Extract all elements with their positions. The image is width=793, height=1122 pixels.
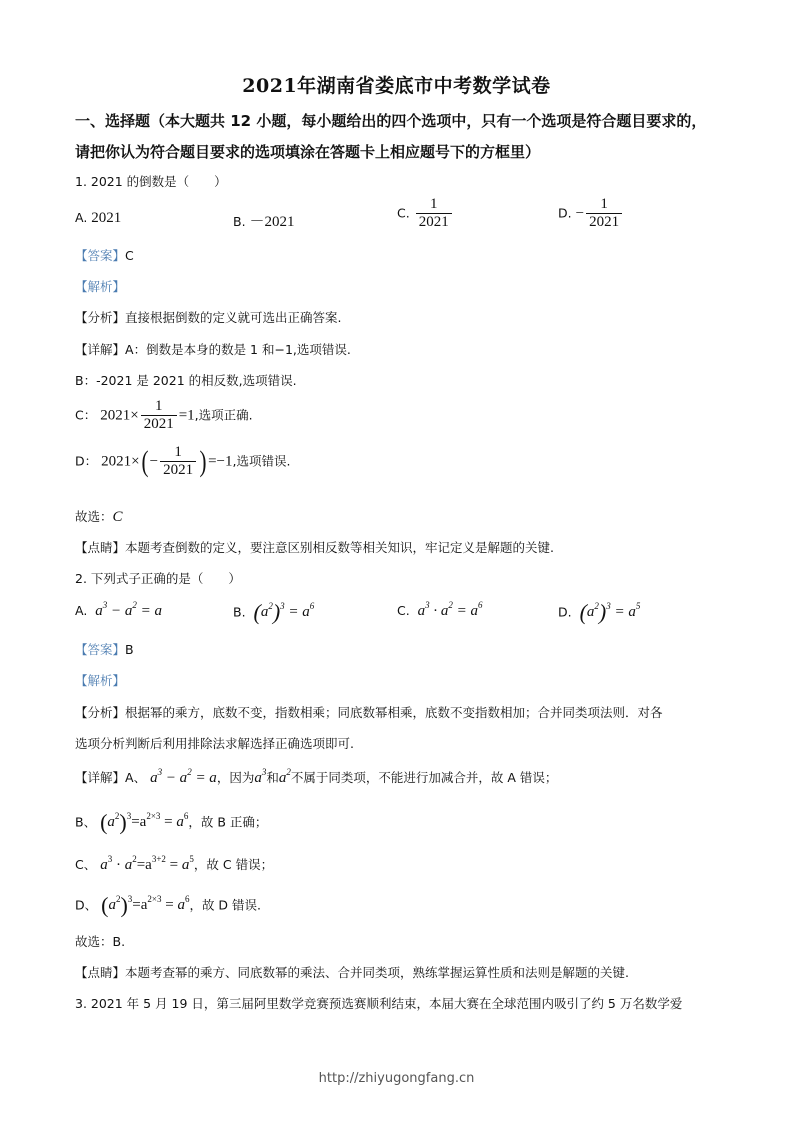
option-expr: a3 − a2 = a xyxy=(95,603,162,619)
answer-label: 【答案】 xyxy=(75,642,125,657)
answer-value: C xyxy=(125,248,134,263)
q1-detail-d: D： 2021×(− 1 2021 )=−1,选项错误. xyxy=(75,444,290,480)
choose-value: C xyxy=(113,509,123,525)
math-lhs: 2021× xyxy=(101,453,139,469)
right-paren: ) xyxy=(200,445,207,479)
option-label: D. xyxy=(558,604,572,619)
xiangjie-label: 【详解】 xyxy=(75,342,125,357)
q1-choose: 故选：C xyxy=(75,507,123,526)
minus-sign: − xyxy=(150,453,158,469)
q2-detail-d: D、 (a2)3=a2×3 = a6，故 D 错误. xyxy=(75,893,261,919)
dianjing-label: 【点睛】 xyxy=(75,965,125,980)
q1-analysis-label: 【解析】 xyxy=(75,277,125,295)
detail-prefix: C、 xyxy=(75,857,96,872)
option-label: C. xyxy=(397,603,410,618)
answer-label: 【答案】 xyxy=(75,248,125,263)
fraction: 1 2021 xyxy=(141,398,177,434)
fenxi-label: 【分析】 xyxy=(75,310,125,325)
q1-dianjing: 【点睛】本题考查倒数的定义，要注意区别相反数等相关知识，牢记定义是解题的关键. xyxy=(75,538,554,556)
xiangjie-label: 【详解】 xyxy=(75,770,125,785)
q2-dianjing: 【点睛】本题考查幂的乘方、同底数幂的乘法、合并同类项，熟练掌握运算性质和法则是解… xyxy=(75,963,629,981)
fenxi-text: 直接根据倒数的定义就可选出正确答案. xyxy=(125,310,341,325)
denominator: 2021 xyxy=(586,213,622,231)
fenxi-text: 根据幂的乘方，底数不变，指数相乘；同底数幂相乘，底数不变指数相加；合并同类项法则… xyxy=(125,705,663,720)
detail-prefix: D、 xyxy=(75,897,97,912)
q1-answer: 【答案】C xyxy=(75,246,134,264)
detail-prefix: D： xyxy=(75,453,97,468)
q2-choose: 故选：B. xyxy=(75,932,125,950)
q2-option-c: C. a3 · a2 = a6 xyxy=(397,603,483,620)
q1-detail-a: 【详解】A：倒数是本身的数是 1 和−1,选项错误. xyxy=(75,340,351,358)
numerator: 1 xyxy=(152,398,166,415)
detail-prefix: A、 xyxy=(125,770,146,785)
option-label: D. xyxy=(558,205,572,220)
detail-suffix: 不属于同类项，不能进行加减合并，故 A 错误； xyxy=(291,770,558,785)
detail-suffix: ,选项正确. xyxy=(195,407,253,422)
denominator: 2021 xyxy=(160,461,196,479)
numerator: 1 xyxy=(597,196,611,213)
section-heading-line2: 请把你认为符合题目要求的选项填涂在答题卡上相应题号下的方框里） xyxy=(75,141,540,162)
answer-value: B xyxy=(125,642,134,657)
page-title: 2021年湖南省娄底市中考数学试卷 xyxy=(0,71,793,98)
denominator: 2021 xyxy=(416,213,452,231)
q2-answer: 【答案】B xyxy=(75,640,134,658)
detail-text: A：倒数是本身的数是 1 和−1,选项错误. xyxy=(125,342,351,357)
fraction: 1 2021 xyxy=(586,196,622,232)
fraction: 1 2021 xyxy=(160,444,196,480)
math-expr: (a2)3=a2×3 = a6 xyxy=(101,897,189,913)
q2-option-b: B. (a2)3 = a6 xyxy=(233,600,314,626)
footer-url[interactable]: http://zhiyugongfang.cn xyxy=(0,1071,793,1086)
q2-detail-a: 【详解】A、 a3 − a2 = a，因为a3和a2不属于同类项，不能进行加减合… xyxy=(75,768,557,787)
option-value: －2021 xyxy=(250,214,295,230)
option-expr: a3 · a2 = a6 xyxy=(418,603,483,619)
numerator: 1 xyxy=(171,444,185,461)
q2-detail-b: B、 (a2)3=a2×3 = a6，故 B 正确； xyxy=(75,810,267,836)
q1-option-d: D. − 1 2021 xyxy=(558,196,624,232)
q1-option-b: B. －2021 xyxy=(233,210,295,231)
math-expr: (a2)3=a2×3 = a6 xyxy=(100,814,188,830)
numerator: 1 xyxy=(427,196,441,213)
q2-analysis-label: 【解析】 xyxy=(75,671,125,689)
q2-option-a: A. a3 − a2 = a xyxy=(75,603,162,620)
fenxi-label: 【分析】 xyxy=(75,705,125,720)
left-paren: ( xyxy=(141,445,148,479)
q2-stem: 2. 下列式子正确的是（ ） xyxy=(75,569,241,587)
dianjing-text: 本题考查幂的乘方、同底数幂的乘法、合并同类项，熟练掌握运算性质和法则是解题的关键… xyxy=(125,965,629,980)
q2-fenxi-line1: 【分析】根据幂的乘方，底数不变，指数相乘；同底数幂相乘，底数不变指数相加；合并同… xyxy=(75,703,663,721)
option-label: B. xyxy=(233,604,246,619)
detail-suffix: ，故 C 错误； xyxy=(194,857,273,872)
fraction: 1 2021 xyxy=(416,196,452,232)
detail-and: 和 xyxy=(266,770,279,785)
denominator: 2021 xyxy=(141,415,177,433)
q2-fenxi-line2: 选项分析判断后利用排除法求解选择正确选项即可. xyxy=(75,734,354,752)
option-expr: (a2)3 = a5 xyxy=(580,604,641,620)
q3-stem: 3. 2021 年 5 月 19 日，第三届阿里数学竞赛预选赛顺利结束，本届大赛… xyxy=(75,994,682,1012)
q2-detail-c: C、 a3 · a2=a3+2 = a5，故 C 错误； xyxy=(75,855,273,874)
option-value: 2021 xyxy=(91,210,121,226)
math-term: a3 xyxy=(254,770,266,786)
detail-suffix: ，故 D 错误. xyxy=(189,897,261,912)
section-heading-line1: 一、选择题（本大题共 12 小题，每小题给出的四个选项中，只有一个选项是符合题目… xyxy=(75,110,706,131)
detail-suffix: ,选项错误. xyxy=(232,453,290,468)
q1-detail-c: C： 2021× 1 2021 =1,选项正确. xyxy=(75,398,253,434)
minus-sign: − xyxy=(576,205,584,221)
q1-stem: 1. 2021 的倒数是（ ） xyxy=(75,172,227,190)
dianjing-text: 本题考查倒数的定义，要注意区别相反数等相关知识，牢记定义是解题的关键. xyxy=(125,540,554,555)
detail-prefix: B、 xyxy=(75,814,96,829)
option-label: A. xyxy=(75,210,87,225)
q1-detail-b: B：-2021 是 2021 的相反数,选项错误. xyxy=(75,371,297,389)
math-lhs: 2021× xyxy=(100,407,138,423)
q1-option-c: C. 1 2021 xyxy=(397,196,454,232)
dianjing-label: 【点睛】 xyxy=(75,540,125,555)
choose-label: 故选： xyxy=(75,509,113,524)
math-term: a2 xyxy=(279,770,291,786)
detail-suffix: ，故 B 正确； xyxy=(188,814,267,829)
detail-mid: ，因为 xyxy=(217,770,255,785)
q1-fenxi: 【分析】直接根据倒数的定义就可选出正确答案. xyxy=(75,308,342,326)
option-label: A. xyxy=(75,603,87,618)
option-label: B. xyxy=(233,214,246,229)
q1-option-a: A. 2021 xyxy=(75,210,121,227)
option-expr: (a2)3 = a6 xyxy=(254,604,315,620)
q2-option-d: D. (a2)3 = a5 xyxy=(558,600,640,626)
option-label: C. xyxy=(397,205,410,220)
detail-prefix: C： xyxy=(75,407,96,422)
math-expr: a3 − a2 = a xyxy=(150,770,217,786)
math-expr: a3 · a2=a3+2 = a5 xyxy=(100,857,194,873)
math-rhs: =1 xyxy=(179,407,195,423)
math-rhs: =−1 xyxy=(208,453,232,469)
